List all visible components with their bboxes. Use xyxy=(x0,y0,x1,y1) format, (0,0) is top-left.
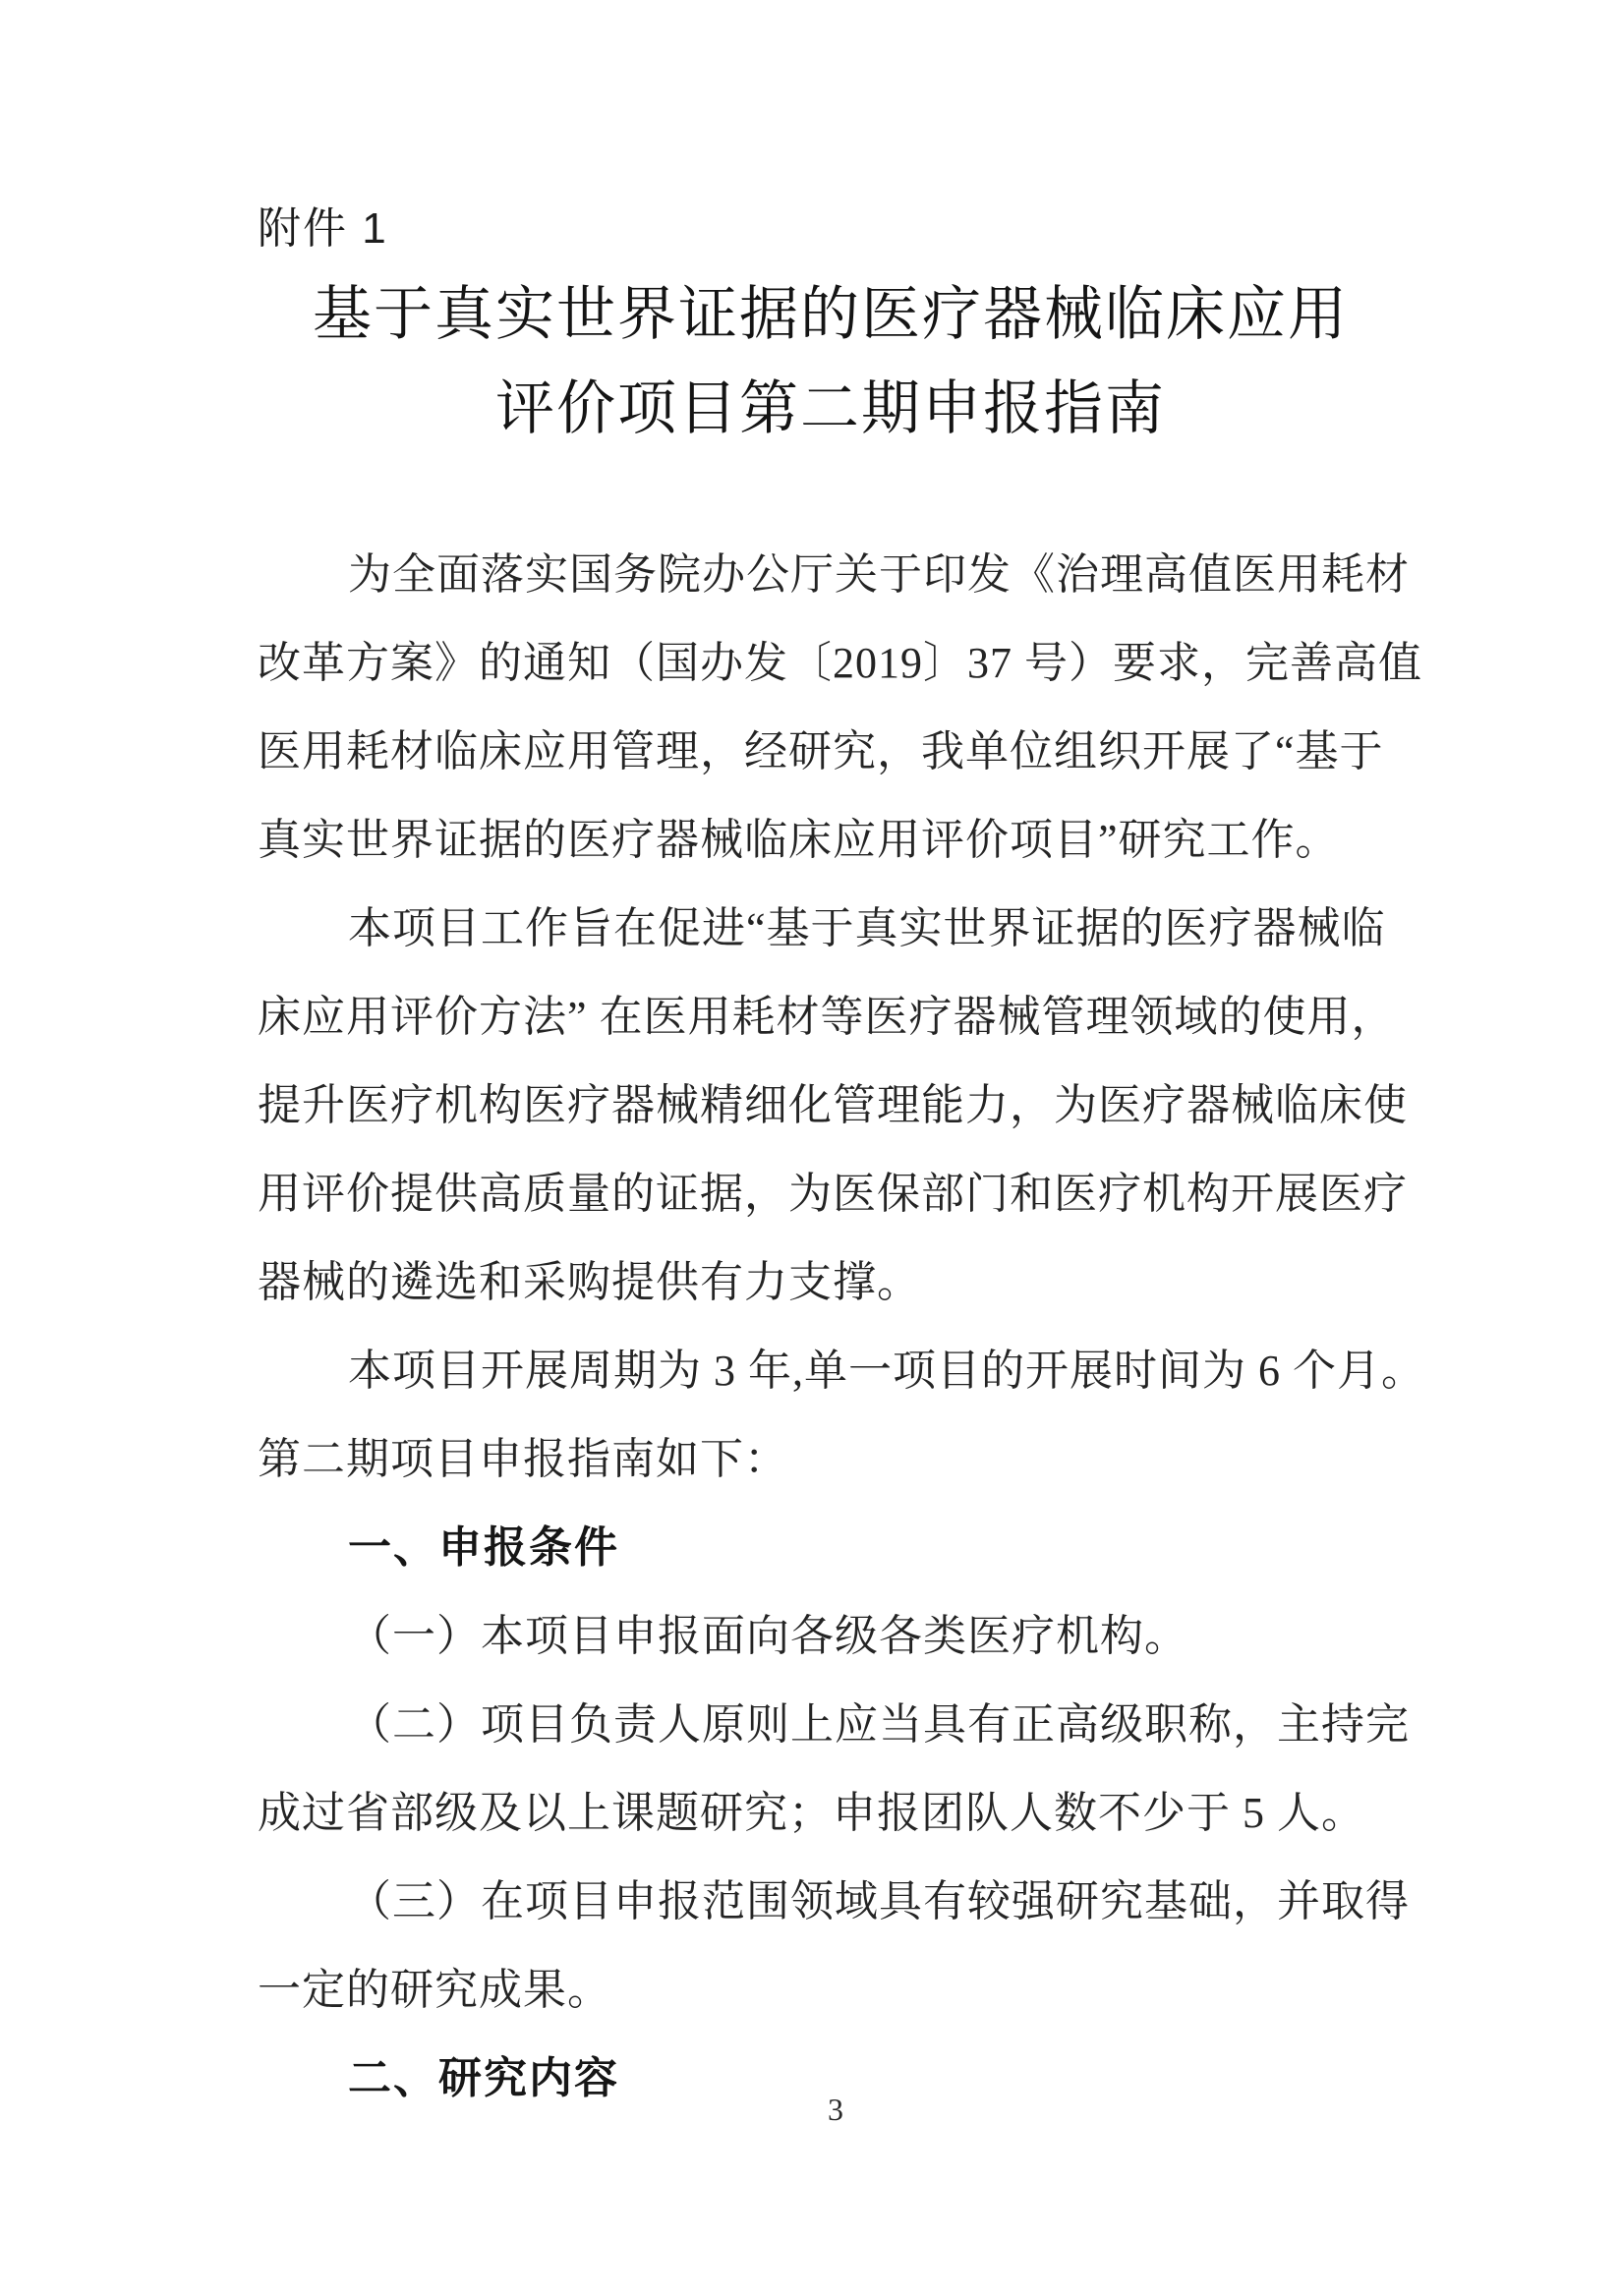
body-line: 第二期项目申报指南如下： xyxy=(258,1415,1414,1504)
document-title-line2: 评价项目第二期申报指南 xyxy=(238,362,1423,456)
body-line: 用评价提供高质量的证据，为医保部门和医疗机构开展医疗 xyxy=(258,1150,1414,1238)
body-line: 为全面落实国务院办公厅关于印发《治理高值医用耗材 xyxy=(258,531,1414,619)
body-line: 本项目开展周期为 3 年,单一项目的开展时间为 6 个月。 xyxy=(258,1327,1414,1415)
page-number: 3 xyxy=(258,2092,1414,2128)
body-line: 医用耗材临床应用管理，经研究，我单位组织开展了“基于 xyxy=(258,708,1414,796)
body-line: （一）本项目申报面向各级各类医疗机构。 xyxy=(258,1592,1414,1681)
document-title: 基于真实世界证据的医疗器械临床应用 评价项目第二期申报指南 xyxy=(238,267,1423,456)
section-heading-application-conditions: 一、申报条件 xyxy=(258,1504,1414,1592)
document-title-line1: 基于真实世界证据的医疗器械临床应用 xyxy=(238,267,1423,362)
body-line: （二）项目负责人原则上应当具有正高级职称，主持完 xyxy=(258,1681,1414,1769)
body-line: 提升医疗机构医疗器械精细化管理能力，为医疗器械临床使 xyxy=(258,1062,1414,1150)
body-line: 一定的研究成果。 xyxy=(258,1946,1414,2035)
body-line: 真实世界证据的医疗器械临床应用评价项目”研究工作。 xyxy=(258,796,1414,885)
body-line: 改革方案》的通知（国办发〔2019〕37 号）要求，完善高值 xyxy=(258,619,1414,708)
attachment-label: 附件 1 xyxy=(258,193,388,256)
document-body: 为全面落实国务院办公厅关于印发《治理高值医用耗材 改革方案》的通知（国办发〔20… xyxy=(258,531,1414,2123)
body-line: 器械的遴选和采购提供有力支撑。 xyxy=(258,1238,1414,1327)
body-line: 本项目工作旨在促进“基于真实世界证据的医疗器械临 xyxy=(258,885,1414,973)
body-line: （三）在项目申报范围领域具有较强研究基础，并取得 xyxy=(258,1858,1414,1946)
body-line: 床应用评价方法” 在医用耗材等医疗器械管理领域的使用， xyxy=(258,973,1414,1062)
body-line: 成过省部级及以上课题研究；申报团队人数不少于 5 人。 xyxy=(258,1769,1414,1858)
document-page: 附件 1 基于真实世界证据的医疗器械临床应用 评价项目第二期申报指南 为全面落实… xyxy=(0,0,1620,2296)
